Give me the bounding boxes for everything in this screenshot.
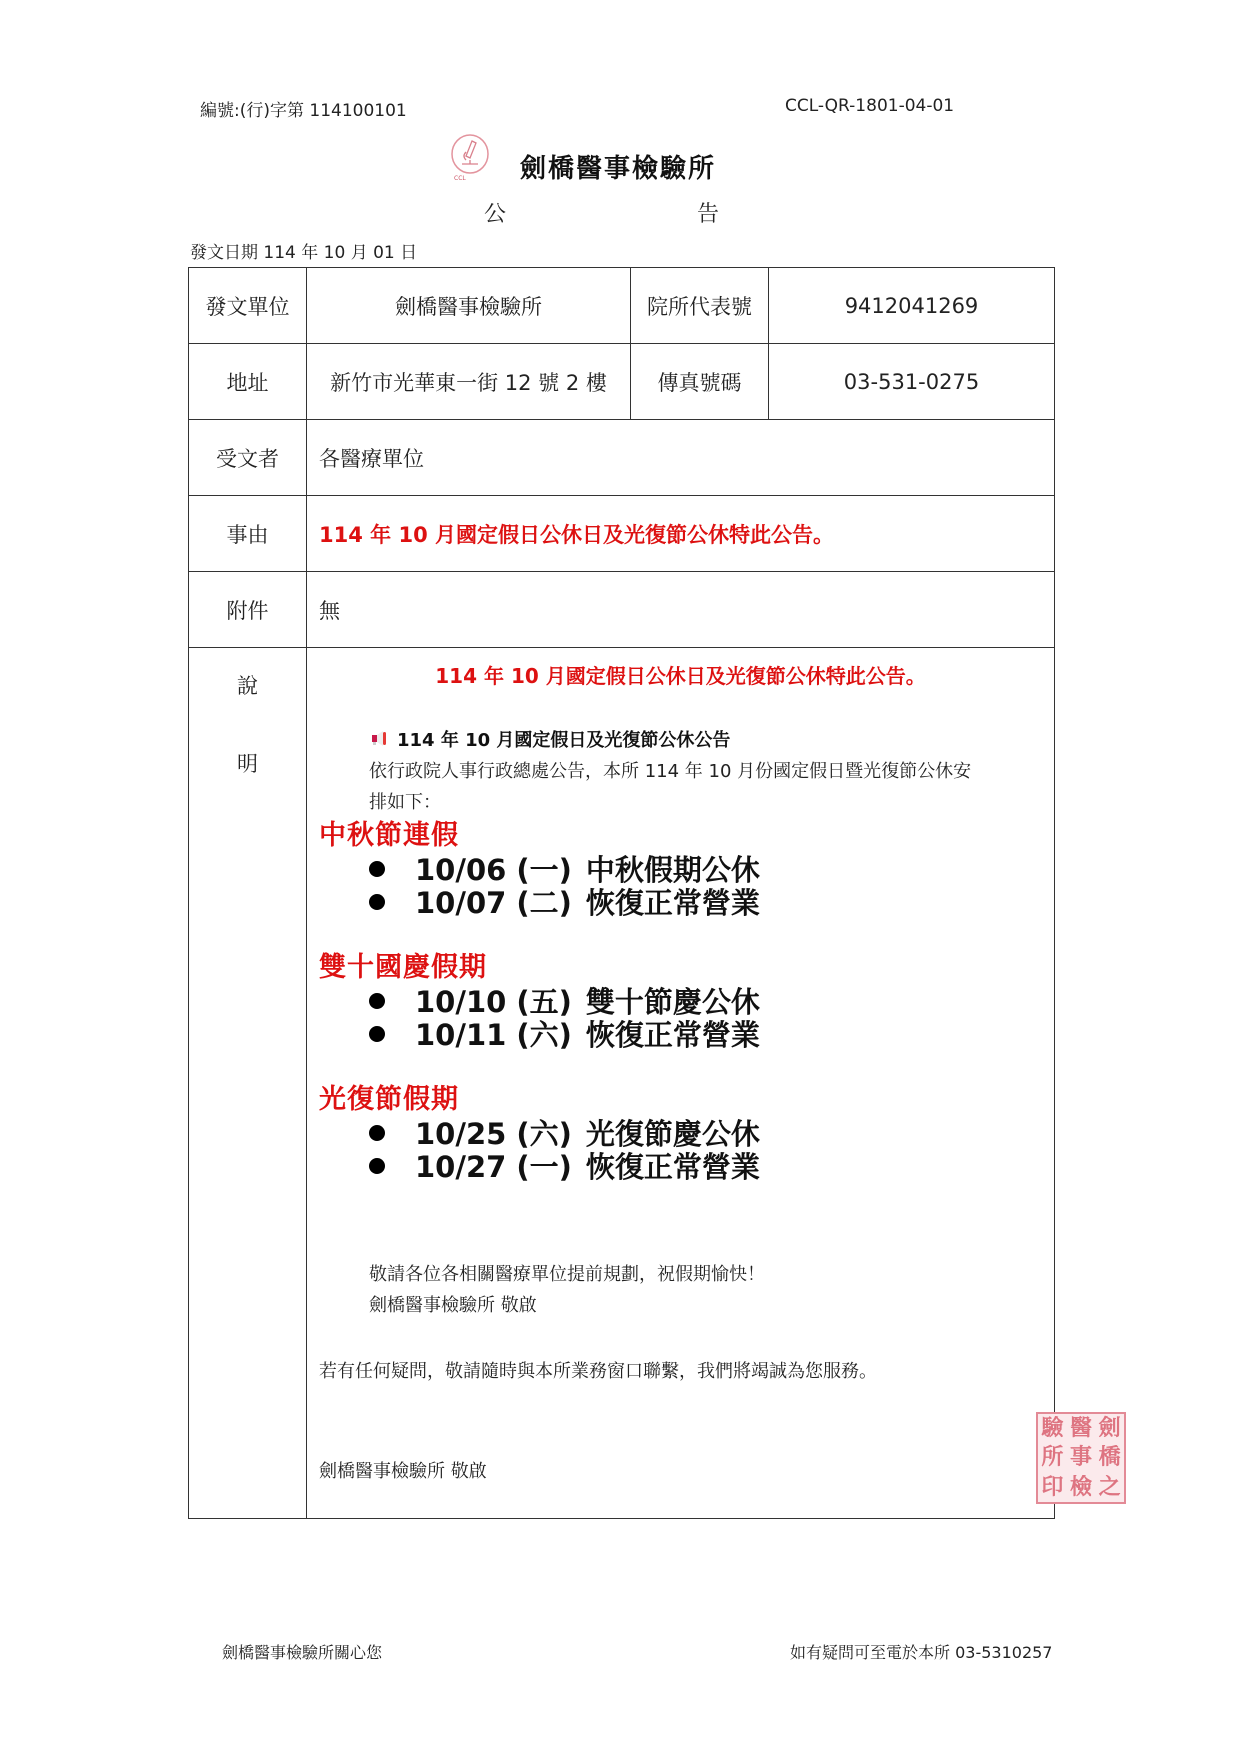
list-item: 10/27 (一) 恢復正常營業 (369, 1145, 760, 1186)
footer-right: 如有疑問可至電於本所 03-5310257 (790, 1640, 1052, 1663)
description-label: 說 明 (189, 648, 307, 1519)
description-subheading: 114 年 10 月國定假日及光復節公休公告 (371, 726, 730, 752)
issue-date: 發文日期 114 年 10 月 01 日 (190, 238, 417, 263)
recipient-label: 受文者 (189, 420, 307, 496)
item-text: 恢復正常營業 (586, 1013, 760, 1054)
contact-note: 若有任何疑問，敬請隨時與本所業務窗口聯繫，我們將竭誠為您服務。 (319, 1357, 877, 1383)
footer-left: 劍橋醫事檢驗所關心您 (222, 1640, 382, 1663)
subheading-text: 114 年 10 月國定假日及光復節公休公告 (397, 726, 730, 752)
bullet-icon (369, 861, 385, 877)
description-headline: 114 年 10 月國定假日公休日及光復節公休特此公告。 (307, 660, 1054, 689)
seal-char: 檢 (1067, 1473, 1096, 1502)
row-recipient: 受文者 各醫療單位 (189, 420, 1055, 496)
section-title: 光復節假期 (319, 1077, 459, 1116)
code-label: 院所代表號 (631, 268, 769, 344)
document-number: 編號:(行)字第 114100101 (200, 96, 407, 121)
description-intro: 依行政院人事行政總處公告，本所 114 年 10 月份國定假日暨光復節公休安排如… (369, 756, 989, 818)
row-issuer: 發文單位 劍橋醫事檢驗所 院所代表號 9412041269 (189, 268, 1055, 344)
fax-value: 03-531-0275 (769, 344, 1055, 420)
bullet-icon (369, 1125, 385, 1141)
fax-label: 傳真號碼 (631, 344, 769, 420)
org-title: 劍橋醫事檢驗所 (520, 148, 716, 185)
list-item: 10/07 (二) 恢復正常營業 (369, 881, 760, 922)
announcement-table: 發文單位 劍橋醫事檢驗所 院所代表號 9412041269 地址 新竹市光華東一… (188, 267, 1055, 1519)
final-signature: 劍橋醫事檢驗所 敬啟 (319, 1457, 487, 1483)
section-title: 雙十國慶假期 (319, 945, 487, 984)
seal-char: 醫 (1067, 1414, 1096, 1443)
bullet-icon (369, 993, 385, 1009)
row-subject: 事由 114 年 10 月國定假日公休日及光復節公休特此公告。 (189, 496, 1055, 572)
seal-char: 所 (1038, 1443, 1067, 1472)
form-code: CCL-QR-1801-04-01 (785, 96, 954, 116)
issuer-value: 劍橋醫事檢驗所 (307, 268, 631, 344)
notice-char-1: 公 (484, 197, 506, 228)
item-date: 10/27 (一) (415, 1145, 572, 1186)
seal-char: 事 (1067, 1443, 1096, 1472)
address-label: 地址 (189, 344, 307, 420)
code-value: 9412041269 (769, 268, 1055, 344)
bullet-icon (369, 894, 385, 910)
row-description: 說 明 114 年 10 月國定假日公休日及光復節公休特此公告。 114 年 1… (189, 648, 1055, 1519)
bullet-icon (369, 1026, 385, 1042)
seal-char: 橋 (1095, 1443, 1124, 1472)
seal-char: 劍 (1095, 1414, 1124, 1443)
bullet-icon (369, 1158, 385, 1174)
row-attachment: 附件 無 (189, 572, 1055, 648)
seal-char: 印 (1038, 1473, 1067, 1502)
description-label-char-2: 明 (189, 748, 306, 778)
attachment-label: 附件 (189, 572, 307, 648)
svg-text:CCL: CCL (454, 175, 466, 182)
microscope-logo-icon: CCL (448, 134, 492, 182)
item-date: 10/11 (六) (415, 1013, 572, 1054)
seal-char: 之 (1095, 1473, 1124, 1502)
description-label-char-1: 說 (189, 670, 306, 700)
item-date: 10/07 (二) (415, 881, 572, 922)
megaphone-icon (371, 731, 389, 747)
item-text: 恢復正常營業 (586, 881, 760, 922)
seal-char: 驗 (1038, 1414, 1067, 1443)
closing-signature: 劍橋醫事檢驗所 敬啟 (369, 1291, 537, 1317)
title-block: CCL 劍橋醫事檢驗所 (448, 148, 716, 185)
closing-wish: 敬請各位各相關醫療單位提前規劃，祝假期愉快！ (369, 1260, 765, 1286)
issuer-label: 發文單位 (189, 268, 307, 344)
subject-value: 114 年 10 月國定假日公休日及光復節公休特此公告。 (307, 496, 1055, 572)
section-title: 中秋節連假 (319, 813, 459, 852)
recipient-value: 各醫療單位 (307, 420, 1055, 496)
official-seal-icon: 驗 醫 劍 所 事 橋 印 檢 之 (1036, 1412, 1126, 1504)
row-address: 地址 新竹市光華東一街 12 號 2 樓 傳真號碼 03-531-0275 (189, 344, 1055, 420)
notice-char-2: 告 (697, 197, 719, 228)
description-content: 114 年 10 月國定假日公休日及光復節公休特此公告。 114 年 10 月國… (307, 648, 1055, 1519)
list-item: 10/11 (六) 恢復正常營業 (369, 1013, 760, 1054)
item-text: 恢復正常營業 (586, 1145, 760, 1186)
address-value: 新竹市光華東一街 12 號 2 樓 (307, 344, 631, 420)
attachment-value: 無 (307, 572, 1055, 648)
subject-label: 事由 (189, 496, 307, 572)
